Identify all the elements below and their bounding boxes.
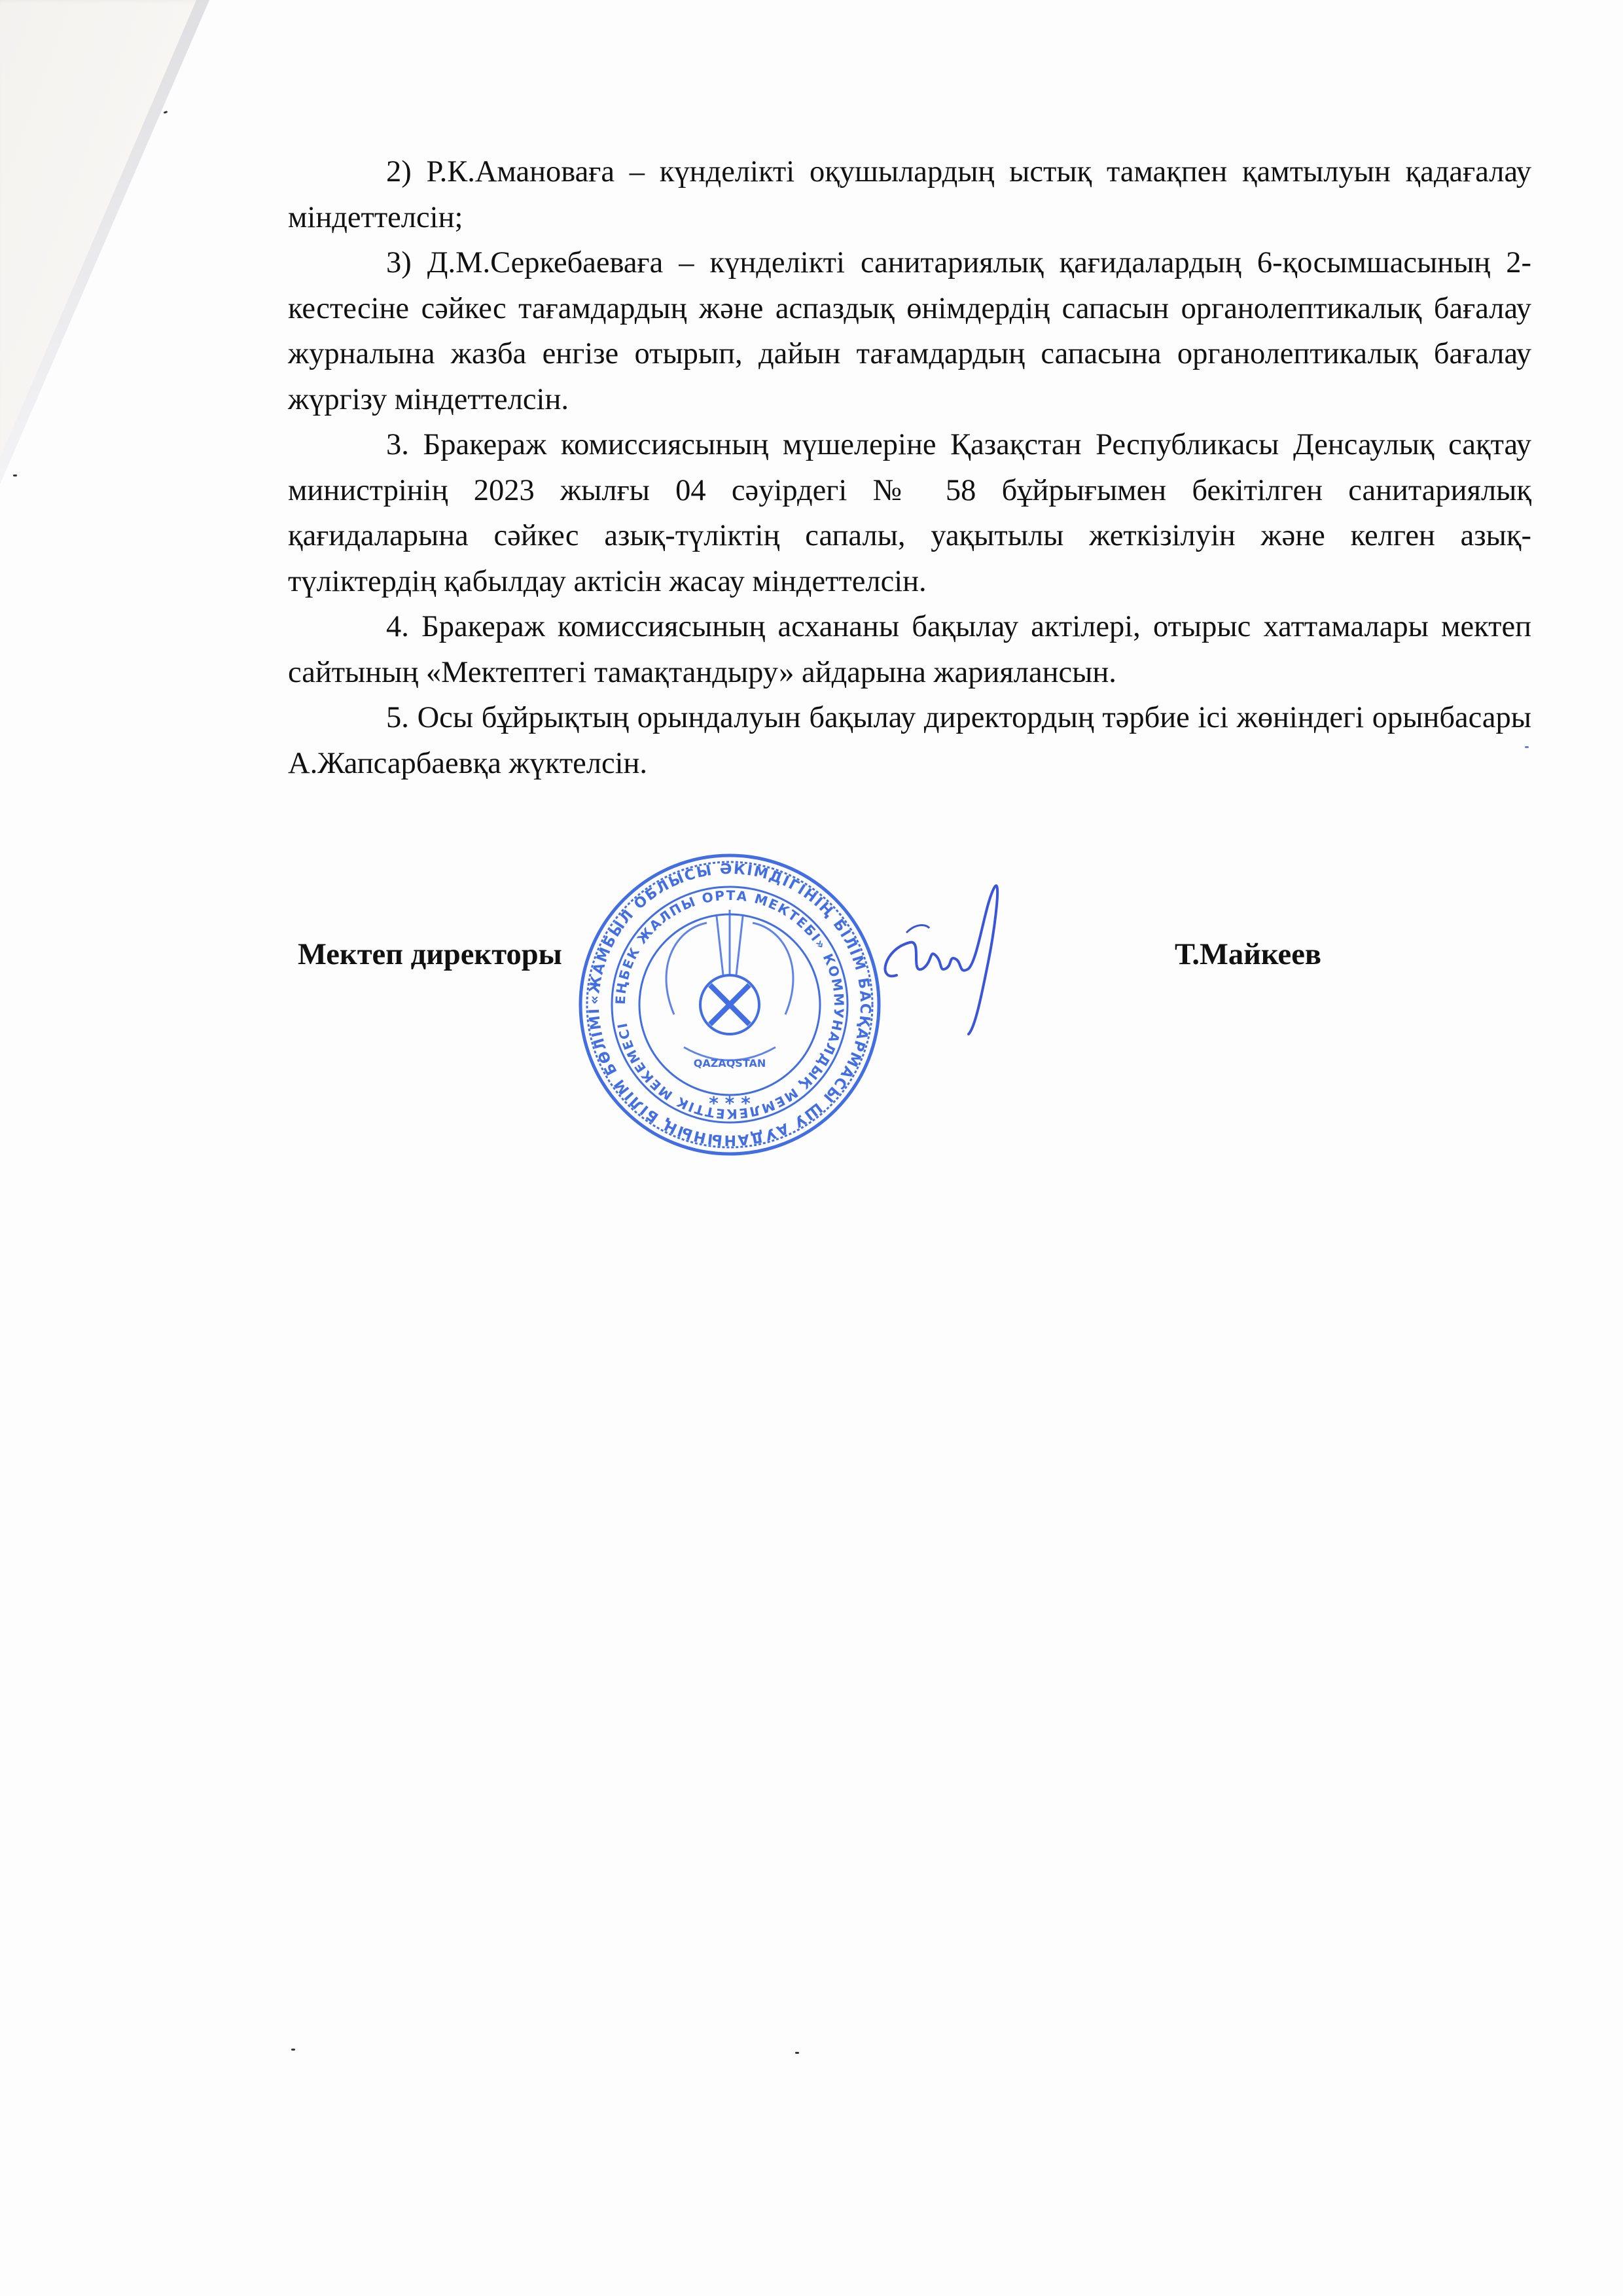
svg-text:* * *: * * * (709, 1092, 751, 1114)
scan-speck (291, 2049, 295, 2051)
stamp-center-label: QAZAQSTAN (694, 1057, 766, 1069)
scan-speck (795, 2052, 799, 2054)
paragraph-item-3: 3) Д.М.Серкебаеваға – күнделікті санитар… (288, 240, 1531, 422)
paragraph-point-5: 5. Осы бұйрықтың орындалуын бақылау дире… (288, 695, 1531, 786)
scan-speck (164, 111, 168, 114)
signatory-title: Мектеп директоры (298, 937, 562, 972)
paragraph-item-2: 2) Р.К.Амановаға – күнделікті оқушыларды… (288, 149, 1531, 240)
folded-corner (0, 0, 275, 589)
signatory-name: Т.Майкеев (1175, 937, 1321, 972)
scan-speck (13, 475, 17, 476)
scan-speck (1525, 746, 1529, 748)
document-body: 2) Р.К.Амановаға – күнделікті оқушыларды… (288, 149, 1531, 786)
signature-block: Мектеп директоры Т.Майкеев (298, 937, 1528, 990)
official-stamp: «ЖАМБЫЛ ОБЛЫСЫ ӘКІМДІГІНІҢ БІЛІМ БАСҚАРМ… (576, 851, 883, 1158)
paragraph-point-3: 3. Бракераж комиссиясының мүшелеріне Қаз… (288, 422, 1531, 604)
paragraph-point-4: 4. Бракераж комиссиясының асхананы бақыл… (288, 604, 1531, 695)
